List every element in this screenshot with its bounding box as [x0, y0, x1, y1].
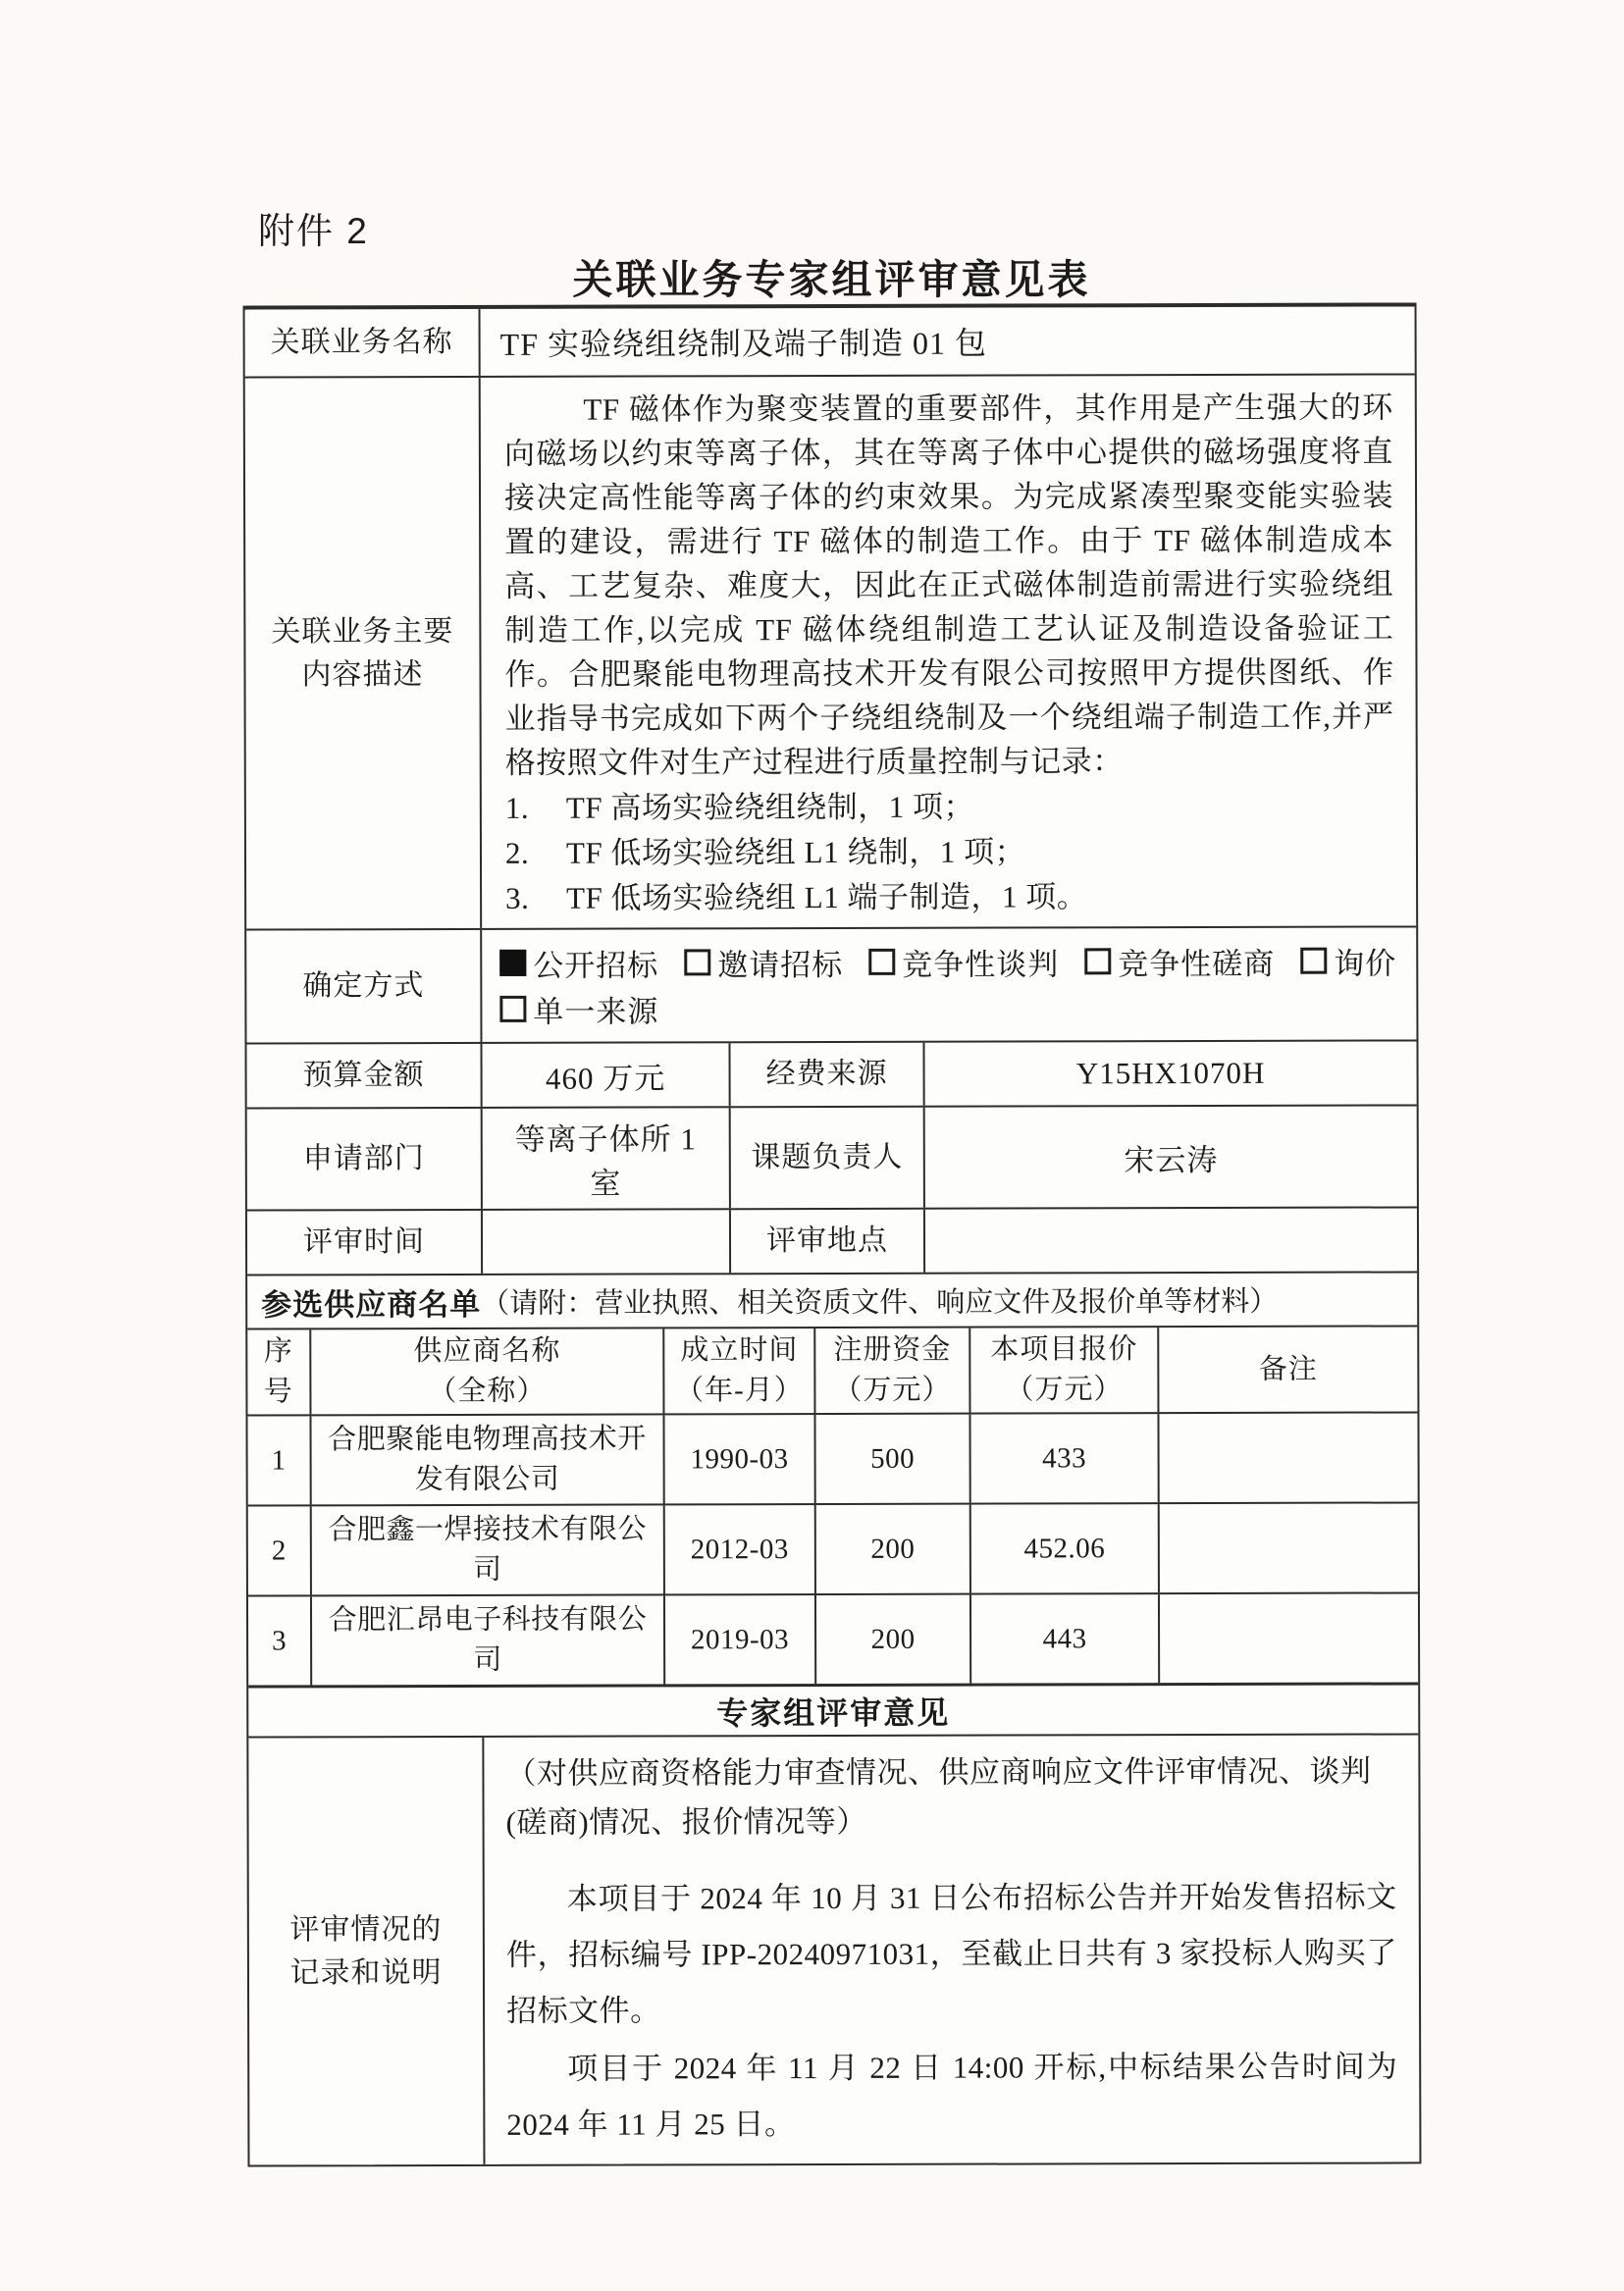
- option-label: 询价: [1334, 938, 1396, 982]
- checkbox-invited-bidding-icon: [684, 949, 710, 975]
- supplier-index: 2: [248, 1506, 310, 1594]
- item-text: TF 低场实验绕组 L1 端子制造，1 项。: [566, 874, 1087, 919]
- method-options-line2: 单一来源: [499, 983, 1398, 1031]
- supplier-founded: 2019-03: [663, 1595, 814, 1684]
- col-header-text: 供应商名称: [413, 1331, 560, 1372]
- leader-label: 课题负责人: [729, 1108, 923, 1209]
- funding-label: 经费来源: [728, 1043, 922, 1107]
- item-text: TF 高场实验绕组绕制，1 项；: [566, 785, 974, 830]
- col-header-text: 备注: [1259, 1349, 1318, 1389]
- page-title: 关联业务专家组评审意见表: [245, 247, 1418, 305]
- supplier-index: 1: [247, 1416, 309, 1504]
- description-label-line1: 关联业务主要: [271, 610, 453, 653]
- description-value: TF 磁体作为聚变装置的重要部件，其作用是产生强大的环向磁场以约束等离子体，其在…: [479, 375, 1416, 927]
- row-supplier-section-title: 参选供应商名单（请附：营业执照、相关资质文件、响应文件及报价单等材料）: [247, 1271, 1417, 1328]
- option-label: 竞争性磋商: [1118, 939, 1275, 983]
- supplier-founded: 1990-03: [662, 1415, 813, 1503]
- checkbox-competitive-negotiation-icon: [868, 949, 895, 975]
- col-header-text: 本项目报价: [990, 1329, 1137, 1370]
- supplier-row-3: 3 合肥汇昂电子科技有限公司 2019-03 200 443: [248, 1591, 1418, 1685]
- col-header-founded: 成立时间 （年-月）: [662, 1328, 813, 1413]
- supplier-bid: 443: [969, 1594, 1158, 1684]
- supplier-capital: 200: [814, 1595, 969, 1684]
- supplier-section-title: 参选供应商名单（请附：营业执照、相关资质文件、响应文件及报价单等材料）: [247, 1273, 1417, 1328]
- col-header-text: 序号: [253, 1331, 303, 1412]
- review-place-label: 评审地点: [729, 1210, 923, 1274]
- scanned-document-page: 附件 2 关联业务专家组评审意见表 关联业务名称 TF 实验绕组绕制及端子制造 …: [0, 0, 1624, 2291]
- description-paragraph: TF 磁体作为聚变装置的重要部件，其作用是产生强大的环向磁场以约束等离子体，其在…: [504, 386, 1394, 785]
- option-public-bidding: 公开招标: [499, 940, 658, 984]
- supplier-capital: 500: [813, 1415, 969, 1503]
- option-label: 竞争性谈判: [902, 939, 1059, 983]
- checkbox-public-bidding-icon: [499, 950, 526, 976]
- description-label: 关联业务主要 内容描述: [245, 378, 480, 929]
- business-name-value: TF 实验绕组绕制及端子制造 01 包: [479, 306, 1415, 375]
- supplier-note: [1158, 1593, 1418, 1683]
- col-header-text: 注册资金: [833, 1330, 951, 1371]
- col-header-text2: （全称）: [428, 1372, 546, 1412]
- opinion-header: 专家组评审意见: [248, 1685, 1418, 1736]
- budget-label: 预算金额: [246, 1044, 480, 1108]
- supplier-name: 合肥鑫一焊接技术有限公司: [310, 1505, 663, 1594]
- row-method: 确定方式 公开招标 邀请招标 竞争性谈判: [246, 925, 1416, 1042]
- department-label: 申请部门: [247, 1109, 481, 1210]
- business-name-label: 关联业务名称: [245, 309, 479, 377]
- budget-value: 460 万元: [480, 1043, 728, 1107]
- option-competitive-consultation: 竞争性磋商: [1084, 939, 1275, 984]
- method-options: 公开招标 邀请招标 竞争性谈判 竞争性磋商: [480, 927, 1416, 1041]
- option-single-source: 单一来源: [499, 986, 658, 1030]
- opinion-label-line2: 记录和说明: [289, 1952, 442, 1995]
- item-text: TF 低场实验绕组 L1 绕制，1 项；: [566, 829, 1025, 874]
- review-form-table: 关联业务名称 TF 实验绕组绕制及端子制造 01 包 关联业务主要 内容描述 T…: [243, 302, 1422, 2166]
- supplier-table-header: 序号 供应商名称 （全称） 成立时间 （年-月） 注册资金 （万元） 本项目报价…: [247, 1325, 1417, 1414]
- leader-value: 宋云涛: [923, 1106, 1417, 1207]
- row-description: 关联业务主要 内容描述 TF 磁体作为聚变装置的重要部件，其作用是产生强大的环向…: [245, 373, 1416, 928]
- review-time-label: 评审时间: [247, 1211, 481, 1275]
- description-item-3: 3. TF 低场实验绕组 L1 端子制造，1 项。: [505, 873, 1394, 919]
- funding-value: Y15HX1070H: [922, 1041, 1416, 1105]
- item-number: 2.: [505, 831, 566, 875]
- opinion-content: （对供应商资格能力审查情况、供应商响应文件评审情况、谈判(磋商)情况、报价情况等…: [482, 1735, 1419, 2163]
- col-header-supplier-name: 供应商名称 （全称）: [309, 1328, 662, 1414]
- row-business-name: 关联业务名称 TF 实验绕组绕制及端子制造 01 包: [245, 306, 1415, 376]
- review-time-value: [481, 1210, 729, 1274]
- supplier-note: [1157, 1413, 1417, 1502]
- department-value: 等离子体所 1 室: [481, 1108, 729, 1209]
- col-header-index: 序号: [247, 1329, 309, 1414]
- option-label: 邀请招标: [717, 940, 843, 984]
- description-label-line2: 内容描述: [301, 653, 423, 697]
- description-item-1: 1. TF 高场实验绕组绕制，1 项；: [505, 783, 1394, 829]
- supplier-name: 合肥汇昂电子科技有限公司: [310, 1595, 663, 1685]
- item-number: 3.: [505, 876, 566, 920]
- option-label: 公开招标: [533, 940, 658, 984]
- opinion-hint: （对供应商资格能力审查情况、供应商响应文件评审情况、谈判(磋商)情况、报价情况等…: [505, 1746, 1396, 1847]
- supplier-bid: 452.06: [969, 1504, 1158, 1593]
- col-header-note: 备注: [1157, 1327, 1417, 1412]
- supplier-bid: 433: [969, 1414, 1157, 1503]
- col-header-text: 成立时间: [680, 1330, 798, 1371]
- option-competitive-negotiation: 竞争性谈判: [868, 939, 1059, 984]
- checkbox-single-source-icon: [499, 996, 526, 1022]
- row-opinion-body: 评审情况的 记录和说明 （对供应商资格能力审查情况、供应商响应文件评审情况、谈判…: [248, 1733, 1419, 2164]
- supplier-capital: 200: [814, 1505, 969, 1593]
- supplier-note: [1158, 1503, 1418, 1592]
- supplier-name: 合肥聚能电物理高技术开发有限公司: [309, 1415, 662, 1504]
- supplier-row-1: 1 合肥聚能电物理高技术开发有限公司 1990-03 500 433: [247, 1411, 1417, 1504]
- checkbox-competitive-consultation-icon: [1084, 948, 1111, 974]
- checkbox-inquiry-icon: [1300, 948, 1327, 974]
- opinion-paragraph-1: 本项目于 2024 年 10 月 31 日公布招标公告并开始发售招标文件，招标编…: [506, 1868, 1397, 2038]
- attachment-label: 附件 2: [258, 201, 369, 254]
- description-item-2: 2. TF 低场实验绕组 L1 绕制，1 项；: [505, 828, 1394, 874]
- row-review-time: 评审时间 评审地点: [247, 1206, 1417, 1274]
- col-header-bid: 本项目报价 （万元）: [969, 1328, 1157, 1413]
- method-label: 确定方式: [246, 930, 480, 1043]
- supplier-row-2: 2 合肥鑫一焊接技术有限公司 2012-03 200 452.06: [248, 1501, 1418, 1594]
- opinion-paragraph-2: 项目于 2024 年 11 月 22 日 14:00 开标,中标结果公告时间为 …: [506, 2038, 1397, 2152]
- row-opinion-header: 专家组评审意见: [248, 1682, 1418, 1736]
- col-header-text2: （万元）: [833, 1371, 951, 1411]
- method-options-line1: 公开招标 邀请招标 竞争性谈判 竞争性磋商: [499, 937, 1398, 985]
- row-department: 申请部门 等离子体所 1 室 课题负责人 宋云涛: [247, 1104, 1417, 1209]
- supplier-founded: 2012-03: [663, 1505, 814, 1593]
- col-header-capital: 注册资金 （万元）: [813, 1328, 969, 1413]
- supplier-section-note: （请附：营业执照、相关资质文件、响应文件及报价单等材料）: [481, 1279, 1278, 1322]
- opinion-label: 评审情况的 记录和说明: [248, 1738, 483, 2165]
- opinion-label-line1: 评审情况的: [289, 1908, 442, 1952]
- col-header-text2: （年-月）: [675, 1371, 804, 1411]
- item-number: 1.: [505, 786, 566, 830]
- option-inquiry: 询价: [1300, 938, 1396, 982]
- supplier-index: 3: [248, 1596, 310, 1685]
- review-place-value: [923, 1208, 1417, 1272]
- option-invited-bidding: 邀请招标: [684, 940, 843, 984]
- supplier-section-heading: 参选供应商名单: [261, 1279, 481, 1325]
- col-header-text2: （万元）: [1005, 1370, 1123, 1410]
- option-label: 单一来源: [533, 986, 658, 1030]
- row-budget: 预算金额 460 万元 经费来源 Y15HX1070H: [246, 1039, 1416, 1107]
